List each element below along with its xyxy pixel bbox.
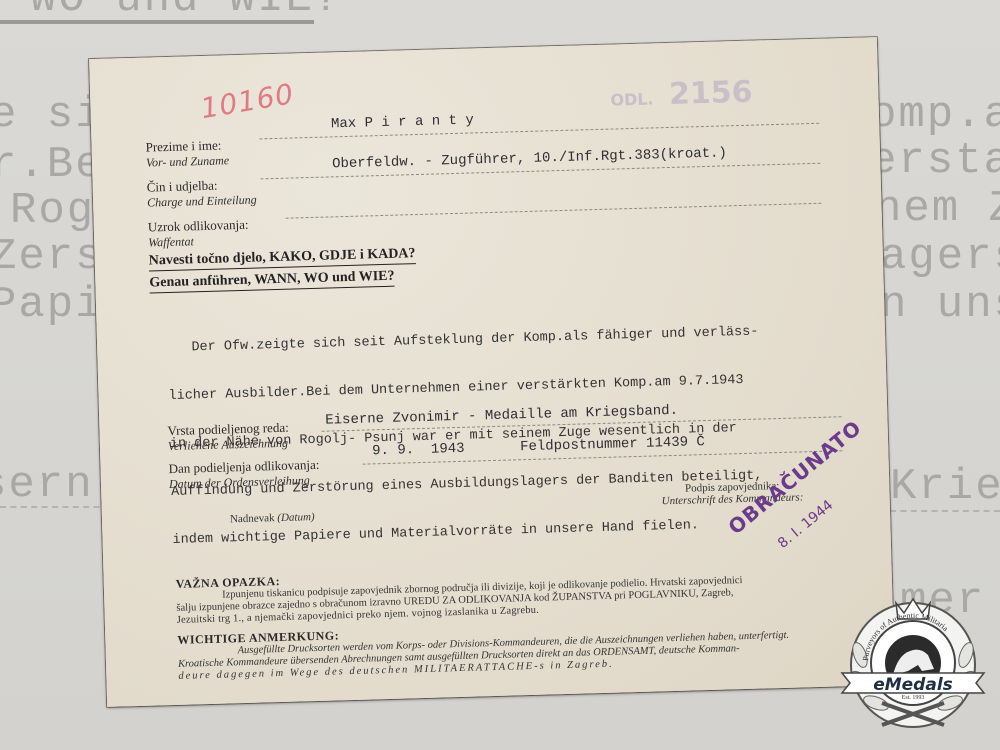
bg-underline — [0, 20, 314, 24]
instruction-german: Genau anführen, WANN, WO und WIE? — [149, 269, 395, 294]
bg-fragment: nem Z — [875, 184, 1000, 234]
date-field: Nadnevak (Datum) — [230, 511, 315, 525]
instruction-croatian: Navesti točno djelo, KAKO, GDJE i KADA? — [149, 246, 416, 271]
bg-fragment: omp.a — [870, 90, 1000, 140]
bg-fragment: sern — [0, 460, 94, 510]
bg-fragment: Krieg — [890, 462, 1000, 512]
bg-fragment: Papi — [0, 280, 104, 330]
registry-stamp: ODL. 2156 — [610, 75, 753, 114]
award-proposal-form: 10160 ODL. 2156 Prezime i ime: Vor- und … — [89, 37, 895, 707]
rank-sublabel: Charge und Einteilung — [147, 193, 257, 211]
registry-prefix: ODL. — [610, 89, 654, 109]
established-year: Est. 1993 — [838, 695, 988, 701]
bg-fragment: ersta — [870, 136, 1000, 186]
obracunato-stamp-date: 8. I. 1944 — [775, 497, 836, 552]
bg-fragment: n uns — [880, 280, 1000, 330]
award-date-value: 9. 9. 1943 — [372, 441, 465, 460]
bg-fragment: Zers — [0, 232, 104, 282]
emedals-watermark-logo: Purveyors of Authentic Militaria eMedals… — [838, 585, 988, 735]
brand-name: eMedals — [838, 675, 988, 695]
reason-label: Uzrok odlikovanja: — [148, 217, 249, 236]
pencil-number: 10160 — [198, 77, 296, 125]
narrative-line: licher Ausbilder.Bei dem Unternehmen ein… — [168, 373, 760, 406]
date-label: Nadnevak — [230, 512, 275, 525]
narrative-line: Der Ofw.zeigte sich seit Aufsteklung der… — [167, 325, 759, 358]
rank-value: Oberfeldw. - Zugführer, 10./Inf.Rgt.383(… — [332, 145, 727, 172]
reason-sublabel: Waffentat — [148, 234, 194, 250]
bg-dashed-line — [0, 506, 110, 508]
bg-fragment: e si — [0, 90, 104, 140]
bg-fragment: agers — [880, 232, 1000, 282]
registry-number: 2156 — [669, 75, 753, 112]
name-value: Max P i r a n t y — [331, 112, 474, 132]
bg-dashed-line — [890, 510, 1000, 512]
rank-label: Čin i udjelba: — [146, 178, 217, 196]
bg-fragment: r.Be — [0, 140, 104, 190]
bg-fragment: Rog — [10, 186, 95, 236]
laurel-crest-icon: Purveyors of Authentic Militaria — [838, 585, 988, 735]
date-sublabel: (Datum) — [277, 511, 315, 524]
reason-dotted-line — [286, 203, 822, 219]
name-sublabel: Vor- und Zuname — [146, 153, 229, 170]
